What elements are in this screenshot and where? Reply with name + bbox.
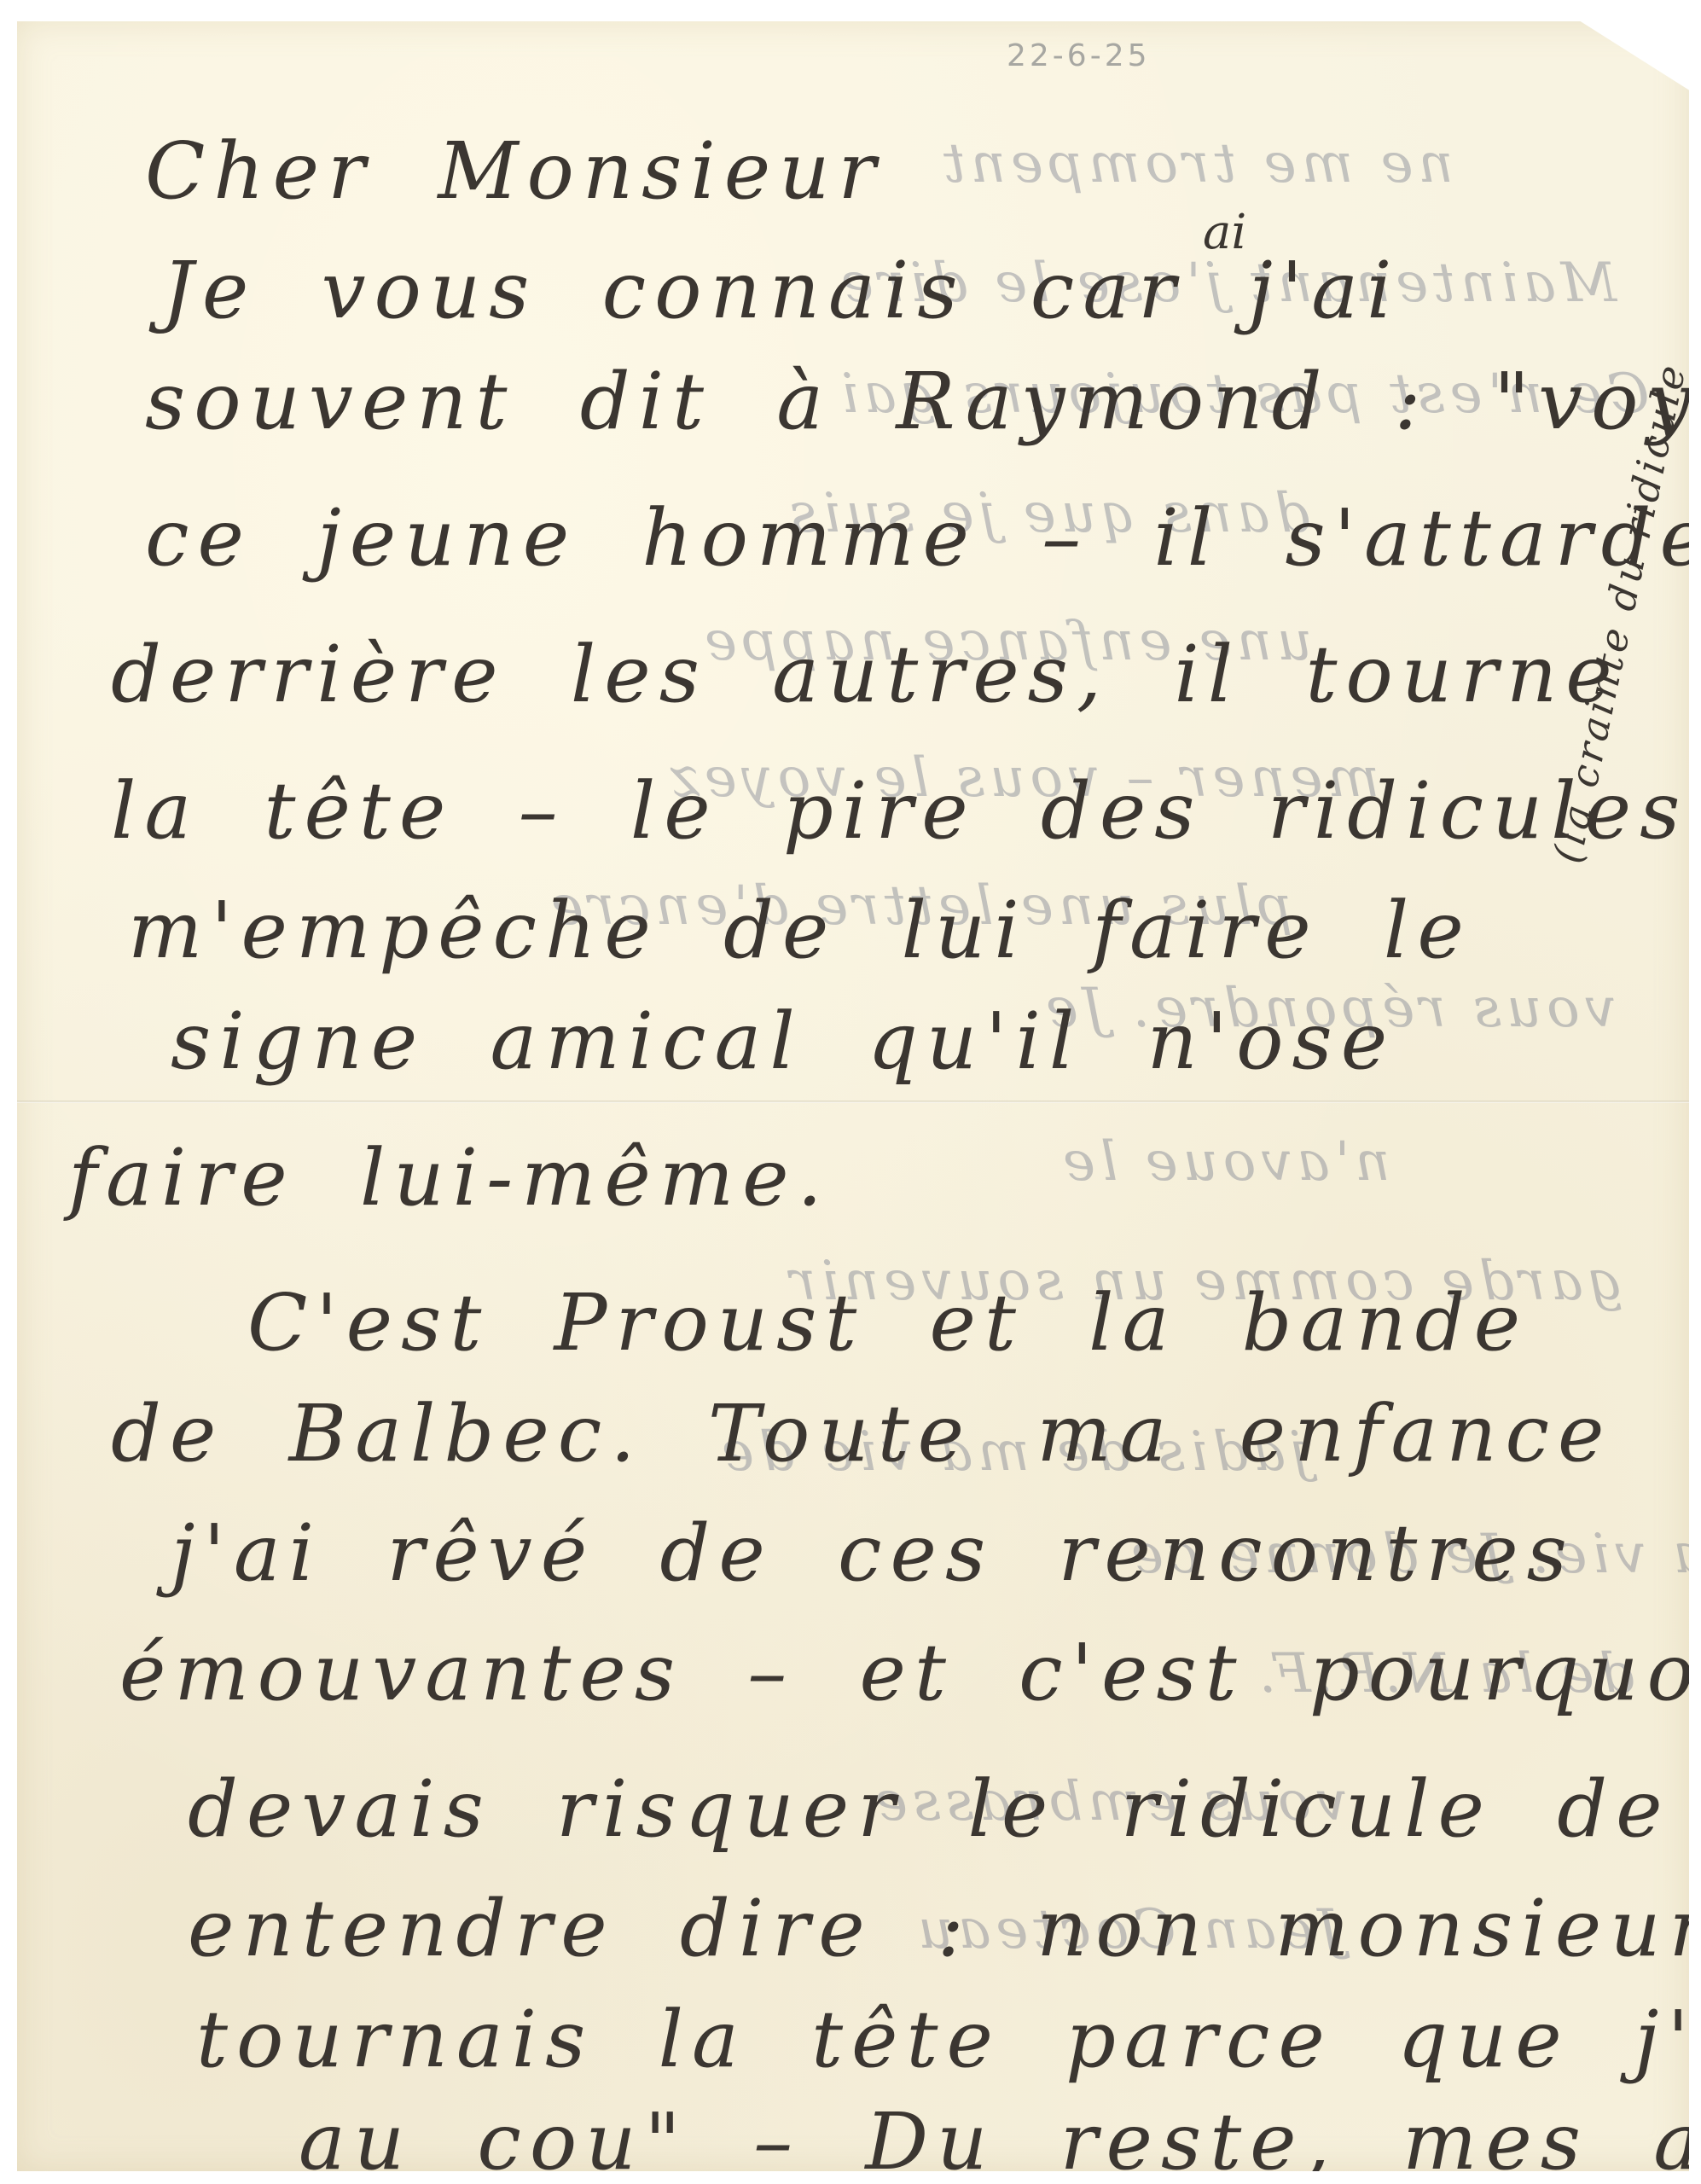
letter-line: derrière les autres, il tourne (111, 636, 1621, 714)
letter-line: devais risquer le ridicule de vous (188, 1770, 1701, 1849)
letter-line: la tête – le pire des ridicules (111, 772, 1688, 851)
letter-line: Je vous connais car j'ai (162, 252, 1400, 330)
bleed-through-text: ne me trompent (938, 132, 1454, 195)
greeting: Cher Monsieur (145, 132, 884, 211)
letter-paper: 22-6-25 ne me trompent Maintenant j'ose … (17, 21, 1689, 2171)
letter-line: de Balbec. Toute ma enfance (111, 1395, 1613, 1473)
letter-line: j'ai rêvé de ces rencontres (171, 1514, 1576, 1593)
fold-line (17, 1101, 1689, 1103)
letter-line: souvent dit à Raymond : "voyez (145, 363, 1701, 441)
letter-line: signe amical qu'il n'ose (171, 1002, 1396, 1081)
letter-line: entendre dire : non monsieur. Je (188, 1890, 1701, 1968)
letter-line: faire lui-même. (68, 1139, 831, 1217)
pencil-date: 22-6-25 (1007, 38, 1151, 73)
letter-line: au cou" – Du reste, mes antennes (299, 2103, 1701, 2181)
letter-line: ce jeune homme – il s'attarde (145, 499, 1701, 578)
bleed-through-text: n'avoue le (1058, 1130, 1390, 1194)
letter-line: tournais la tête parce que j'ai mal (196, 2001, 1701, 2079)
letter-line: m'empêche de lui faire le (128, 892, 1472, 970)
letter-line: émouvantes – et c'est pourquoi je (119, 1634, 1701, 1712)
letter-line: C'est Proust et la bande (247, 1284, 1529, 1362)
